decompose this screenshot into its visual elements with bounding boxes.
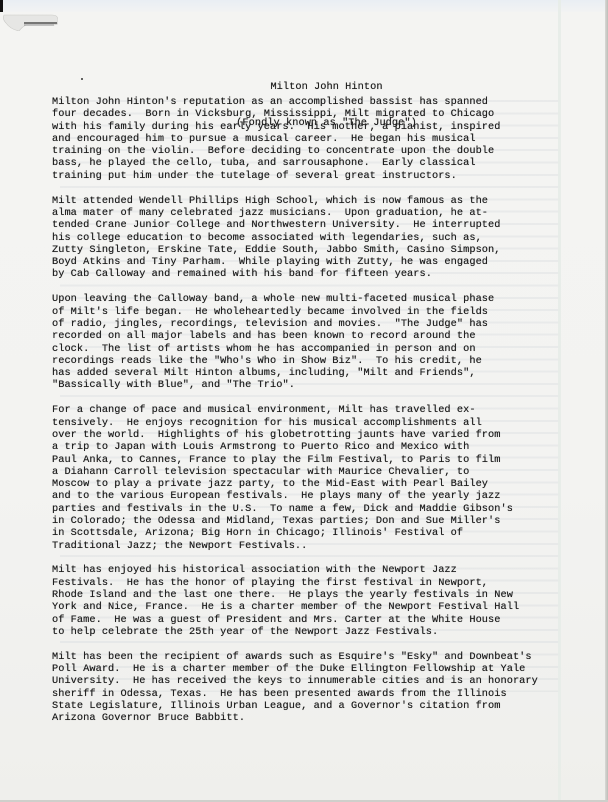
- text-line: tended Crane Junior College and Northwes…: [52, 219, 552, 231]
- scan-corner: [0, 0, 3, 12]
- scan-top-margin: [0, 0, 608, 12]
- text-line: Poll Award. He is a charter member of th…: [52, 663, 552, 675]
- text-line: a trip to Japan with Louis Armstrong to …: [52, 441, 552, 453]
- text-line: Upon leaving the Calloway band, a whole …: [52, 293, 552, 305]
- text-line: by Cab Calloway and remained with his ba…: [52, 268, 552, 280]
- text-line: Paul Anka, to Cannes, France to play the…: [52, 454, 552, 466]
- text-line: University. He has received the keys to …: [52, 675, 552, 687]
- paragraph: Milton John Hinton's reputation as an ac…: [52, 96, 552, 182]
- text-line: clock. The list of artists whom he has a…: [52, 343, 552, 355]
- document-body: Milton John Hinton's reputation as an ac…: [52, 96, 552, 737]
- text-line: Milton John Hinton's reputation as an ac…: [52, 96, 552, 108]
- text-line: training put him under the tutelage of s…: [52, 170, 552, 182]
- text-line: a Diahann Carroll television spectacular…: [52, 466, 552, 478]
- text-line: in Scottsdale, Arizona; Big Horn in Chic…: [52, 527, 552, 539]
- text-line: sheriff in Odessa, Texas. He has been pr…: [52, 688, 552, 700]
- text-line: alma mater of many celebrated jazz music…: [52, 207, 552, 219]
- text-line: with his family during his early years. …: [52, 121, 552, 133]
- staple-icon: [2, 13, 58, 31]
- text-line: tensively. He enjoys recognition for his…: [52, 417, 552, 429]
- text-line: has added several Milt Hinton albums, in…: [52, 367, 552, 379]
- text-line: and encouraged him to pursue a musical c…: [52, 133, 552, 145]
- text-line: State Legislature, Illinois Urban League…: [52, 700, 552, 712]
- text-line: of Fame. He was a guest of President and…: [52, 614, 552, 626]
- text-line: Boyd Atkins and Tiny Parham. While playi…: [52, 256, 552, 268]
- text-line: Arizona Governor Bruce Babbitt.: [52, 712, 552, 724]
- text-line: Milt has been the recipient of awards su…: [52, 651, 552, 663]
- text-line: Zutty Singleton, Erskine Tate, Eddie Sou…: [52, 244, 552, 256]
- text-line: Milt has enjoyed his historical associat…: [52, 564, 552, 576]
- text-line: bass, he played the cello, tuba, and sar…: [52, 157, 552, 169]
- text-line: For a change of pace and musical environ…: [52, 404, 552, 416]
- text-line: Traditional Jazz; the Newport Festivals.…: [52, 540, 552, 552]
- paragraph: Milt has enjoyed his historical associat…: [52, 564, 552, 638]
- text-line: over the world. Highlights of his globet…: [52, 429, 552, 441]
- text-line: in Colorado; the Odessa and Midland, Tex…: [52, 515, 552, 527]
- text-line: parties and festivals in the U.S. To nam…: [52, 503, 552, 515]
- text-line: Moscow to play a private jazz party, to …: [52, 478, 552, 490]
- text-line: Rhode Island and the last one there. He …: [52, 589, 552, 601]
- text-line: his college education to become associat…: [52, 232, 552, 244]
- text-line: to help celebrate the 25th year of the N…: [52, 626, 552, 638]
- text-line: of Milt's life began. He wholeheartedly …: [52, 306, 552, 318]
- paragraph: Milt attended Wendell Phillips High Scho…: [52, 195, 552, 281]
- text-line: recordings reads like the "Who's Who in …: [52, 355, 552, 367]
- text-line: Milt attended Wendell Phillips High Scho…: [52, 195, 552, 207]
- paragraph: For a change of pace and musical environ…: [52, 404, 552, 552]
- document-title: Milton John Hinton: [0, 81, 608, 93]
- paragraph: Upon leaving the Calloway band, a whole …: [52, 293, 552, 391]
- text-line: Festivals. He has the honor of playing t…: [52, 577, 552, 589]
- paragraph: Milt has been the recipient of awards su…: [52, 651, 552, 725]
- text-line: York and Nice, France. He is a charter m…: [52, 601, 552, 613]
- text-line: of radio, jingles, recordings, televisio…: [52, 318, 552, 330]
- stray-mark: [81, 78, 83, 80]
- scanned-page: Milton John Hinton (Fondly known as "The…: [0, 0, 608, 802]
- text-line: recorded on all major labels and has bee…: [52, 330, 552, 342]
- text-line: training on the violin. Before deciding …: [52, 145, 552, 157]
- text-line: "Bassically with Blue", and "The Trio".: [52, 379, 552, 391]
- text-line: and to the various European festivals. H…: [52, 490, 552, 502]
- text-line: four decades. Born in Vicksburg, Mississ…: [52, 108, 552, 120]
